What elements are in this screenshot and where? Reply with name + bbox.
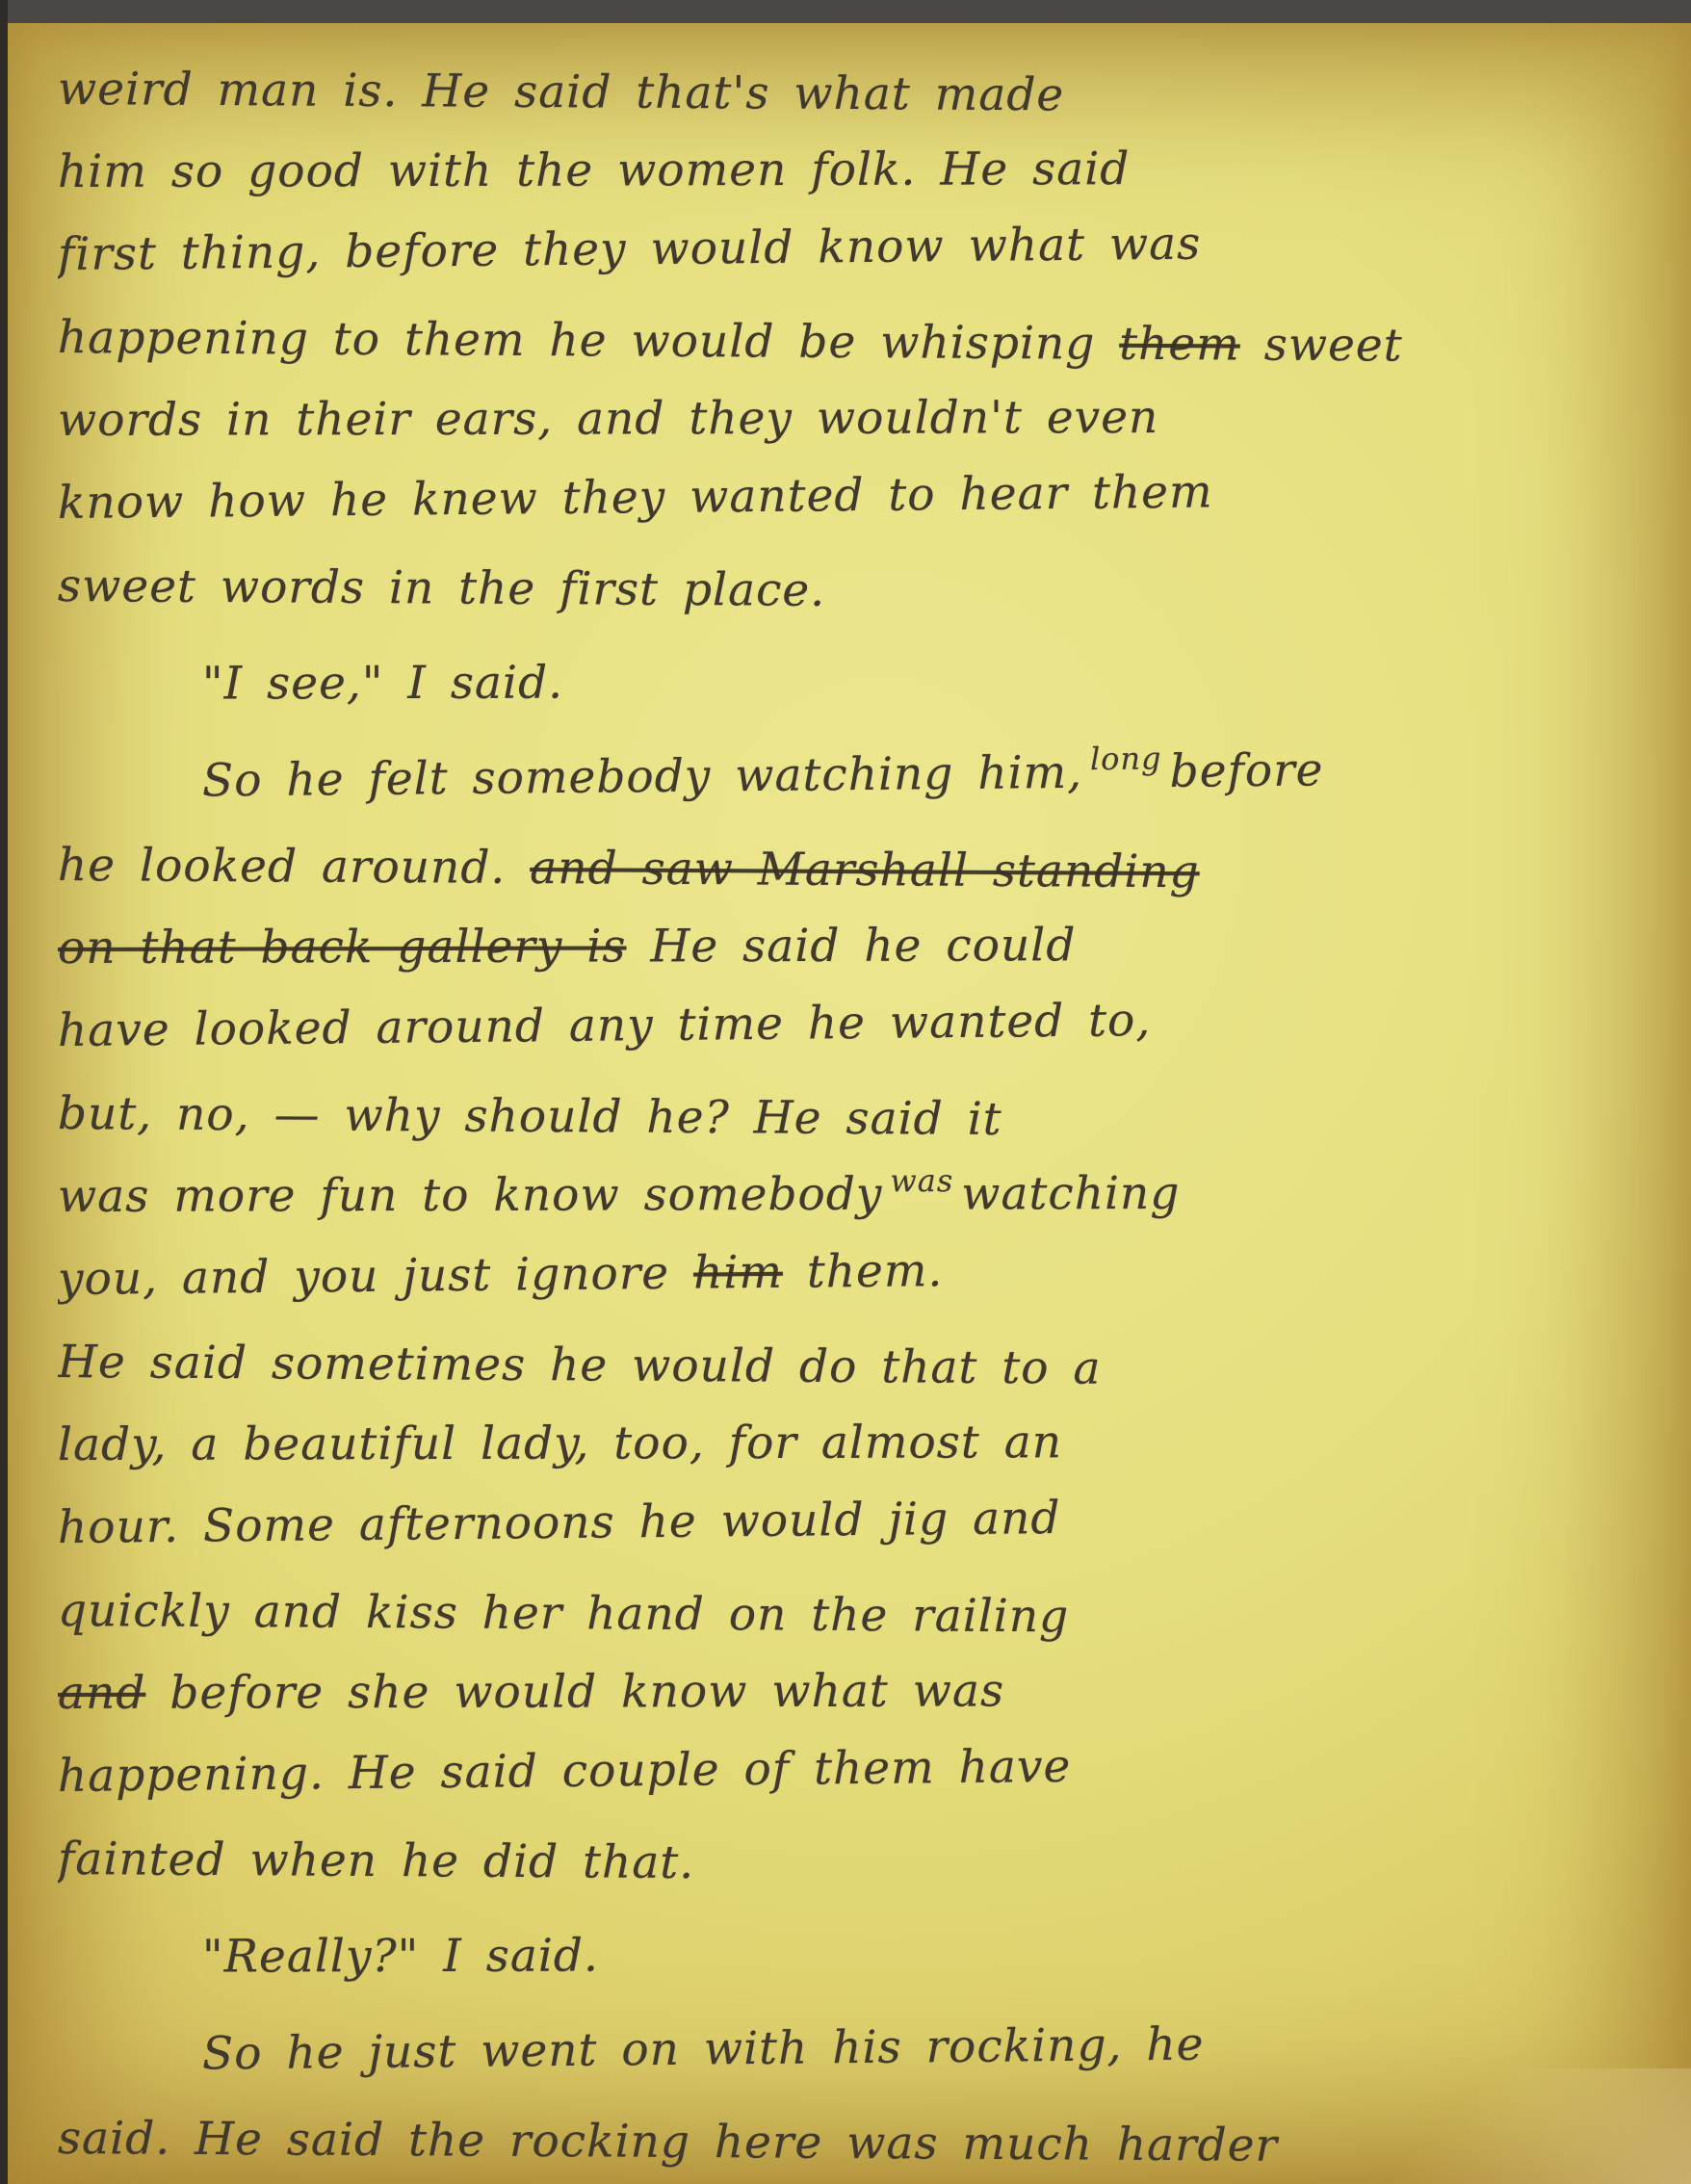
text-segment: He said sometimes he would do that to a: [58, 1336, 1102, 1395]
text-segment: sweet words in the first place.: [58, 559, 825, 617]
text-segment: was more fun to know somebody: [58, 1168, 883, 1223]
manuscript-line: first thing, before they would know what…: [58, 198, 1656, 297]
text-segment: have looked around any time he wanted to…: [58, 994, 1152, 1057]
backdrop-top-edge: [0, 0, 1691, 23]
manuscript-line: sweet words in the first place.: [58, 545, 1656, 637]
text-segment: lady, a beautiful lady, too, for almost …: [58, 1416, 1062, 1471]
backdrop-left-edge: [0, 0, 8, 2184]
manuscript-line: "I see," I said.: [58, 639, 1656, 726]
strikethrough-segment: and: [58, 1667, 145, 1720]
text-segment: happening to them he would be whisping: [58, 311, 1119, 371]
manuscript-text: weird man is. He said that's what madehi…: [58, 48, 1656, 2176]
manuscript-line: you, and you just ignore him them.: [58, 1223, 1656, 1321]
manuscript-page: weird man is. He said that's what madehi…: [8, 23, 1691, 2184]
manuscript-line: So he just went on with his rocking, he: [58, 1999, 1656, 2097]
manuscript-line: know how he knew they wanted to hear the…: [58, 447, 1656, 545]
strikethrough-segment: on that back gallery is: [58, 920, 627, 975]
text-segment: you, and you just ignore: [58, 1247, 693, 1306]
text-segment: before she would know what was: [145, 1664, 1004, 1719]
text-segment: So he felt somebody watching him,: [202, 746, 1083, 808]
strikethrough-segment: them: [1119, 318, 1240, 372]
text-segment: quickly and kiss her hand on the railing: [58, 1584, 1069, 1643]
text-segment: know how he knew they wanted to hear the…: [58, 465, 1213, 530]
text-segment: fainted when he did that.: [58, 1833, 694, 1889]
manuscript-line: "Really?" I said.: [58, 1912, 1656, 1999]
text-segment: He said he could: [626, 919, 1076, 973]
manuscript-line: happening. He said couple of them have: [58, 1720, 1656, 1818]
manuscript-line: said. He said the rocking here was much …: [58, 2097, 1656, 2176]
text-segment: said. He said the rocking here was much …: [58, 2112, 1278, 2172]
text-segment: watching: [961, 1167, 1180, 1221]
manuscript-line: So he felt somebody watching him,longbef…: [58, 726, 1656, 824]
inserted-word: long: [1090, 716, 1162, 800]
photo-backdrop: weird man is. He said that's what madehi…: [0, 0, 1691, 2184]
text-segment: before: [1169, 743, 1323, 798]
text-segment: words in their ears, and they wouldn't e…: [58, 391, 1158, 447]
text-segment: hour. Some afternoons he would jig and: [58, 1492, 1061, 1554]
text-segment: he looked around.: [58, 839, 530, 895]
text-segment: sweet: [1240, 319, 1403, 373]
text-segment: him so good with the women folk. He said: [58, 143, 1130, 198]
text-segment: but, no, — why should he? He said it: [58, 1087, 1002, 1146]
text-segment: "Really?" I said.: [202, 1930, 599, 1984]
text-segment: first thing, before they would know what…: [58, 218, 1202, 281]
manuscript-line: hour. Some afternoons he would jig and: [58, 1471, 1656, 1570]
text-segment: So he just went on with his rocking, he: [202, 2018, 1205, 2081]
text-segment: happening. He said couple of them have: [58, 1740, 1072, 1803]
manuscript-line: fainted when he did that.: [58, 1818, 1656, 1911]
text-segment: them.: [783, 1244, 944, 1299]
strikethrough-segment: and saw Marshall standing: [530, 842, 1200, 898]
manuscript-line: have looked around any time he wanted to…: [58, 975, 1656, 1073]
text-segment: "I see," I said.: [202, 657, 563, 711]
text-segment: weird man is. He said that's what made: [58, 63, 1064, 121]
inserted-word: was: [890, 1139, 953, 1222]
strikethrough-segment: him: [693, 1246, 783, 1300]
